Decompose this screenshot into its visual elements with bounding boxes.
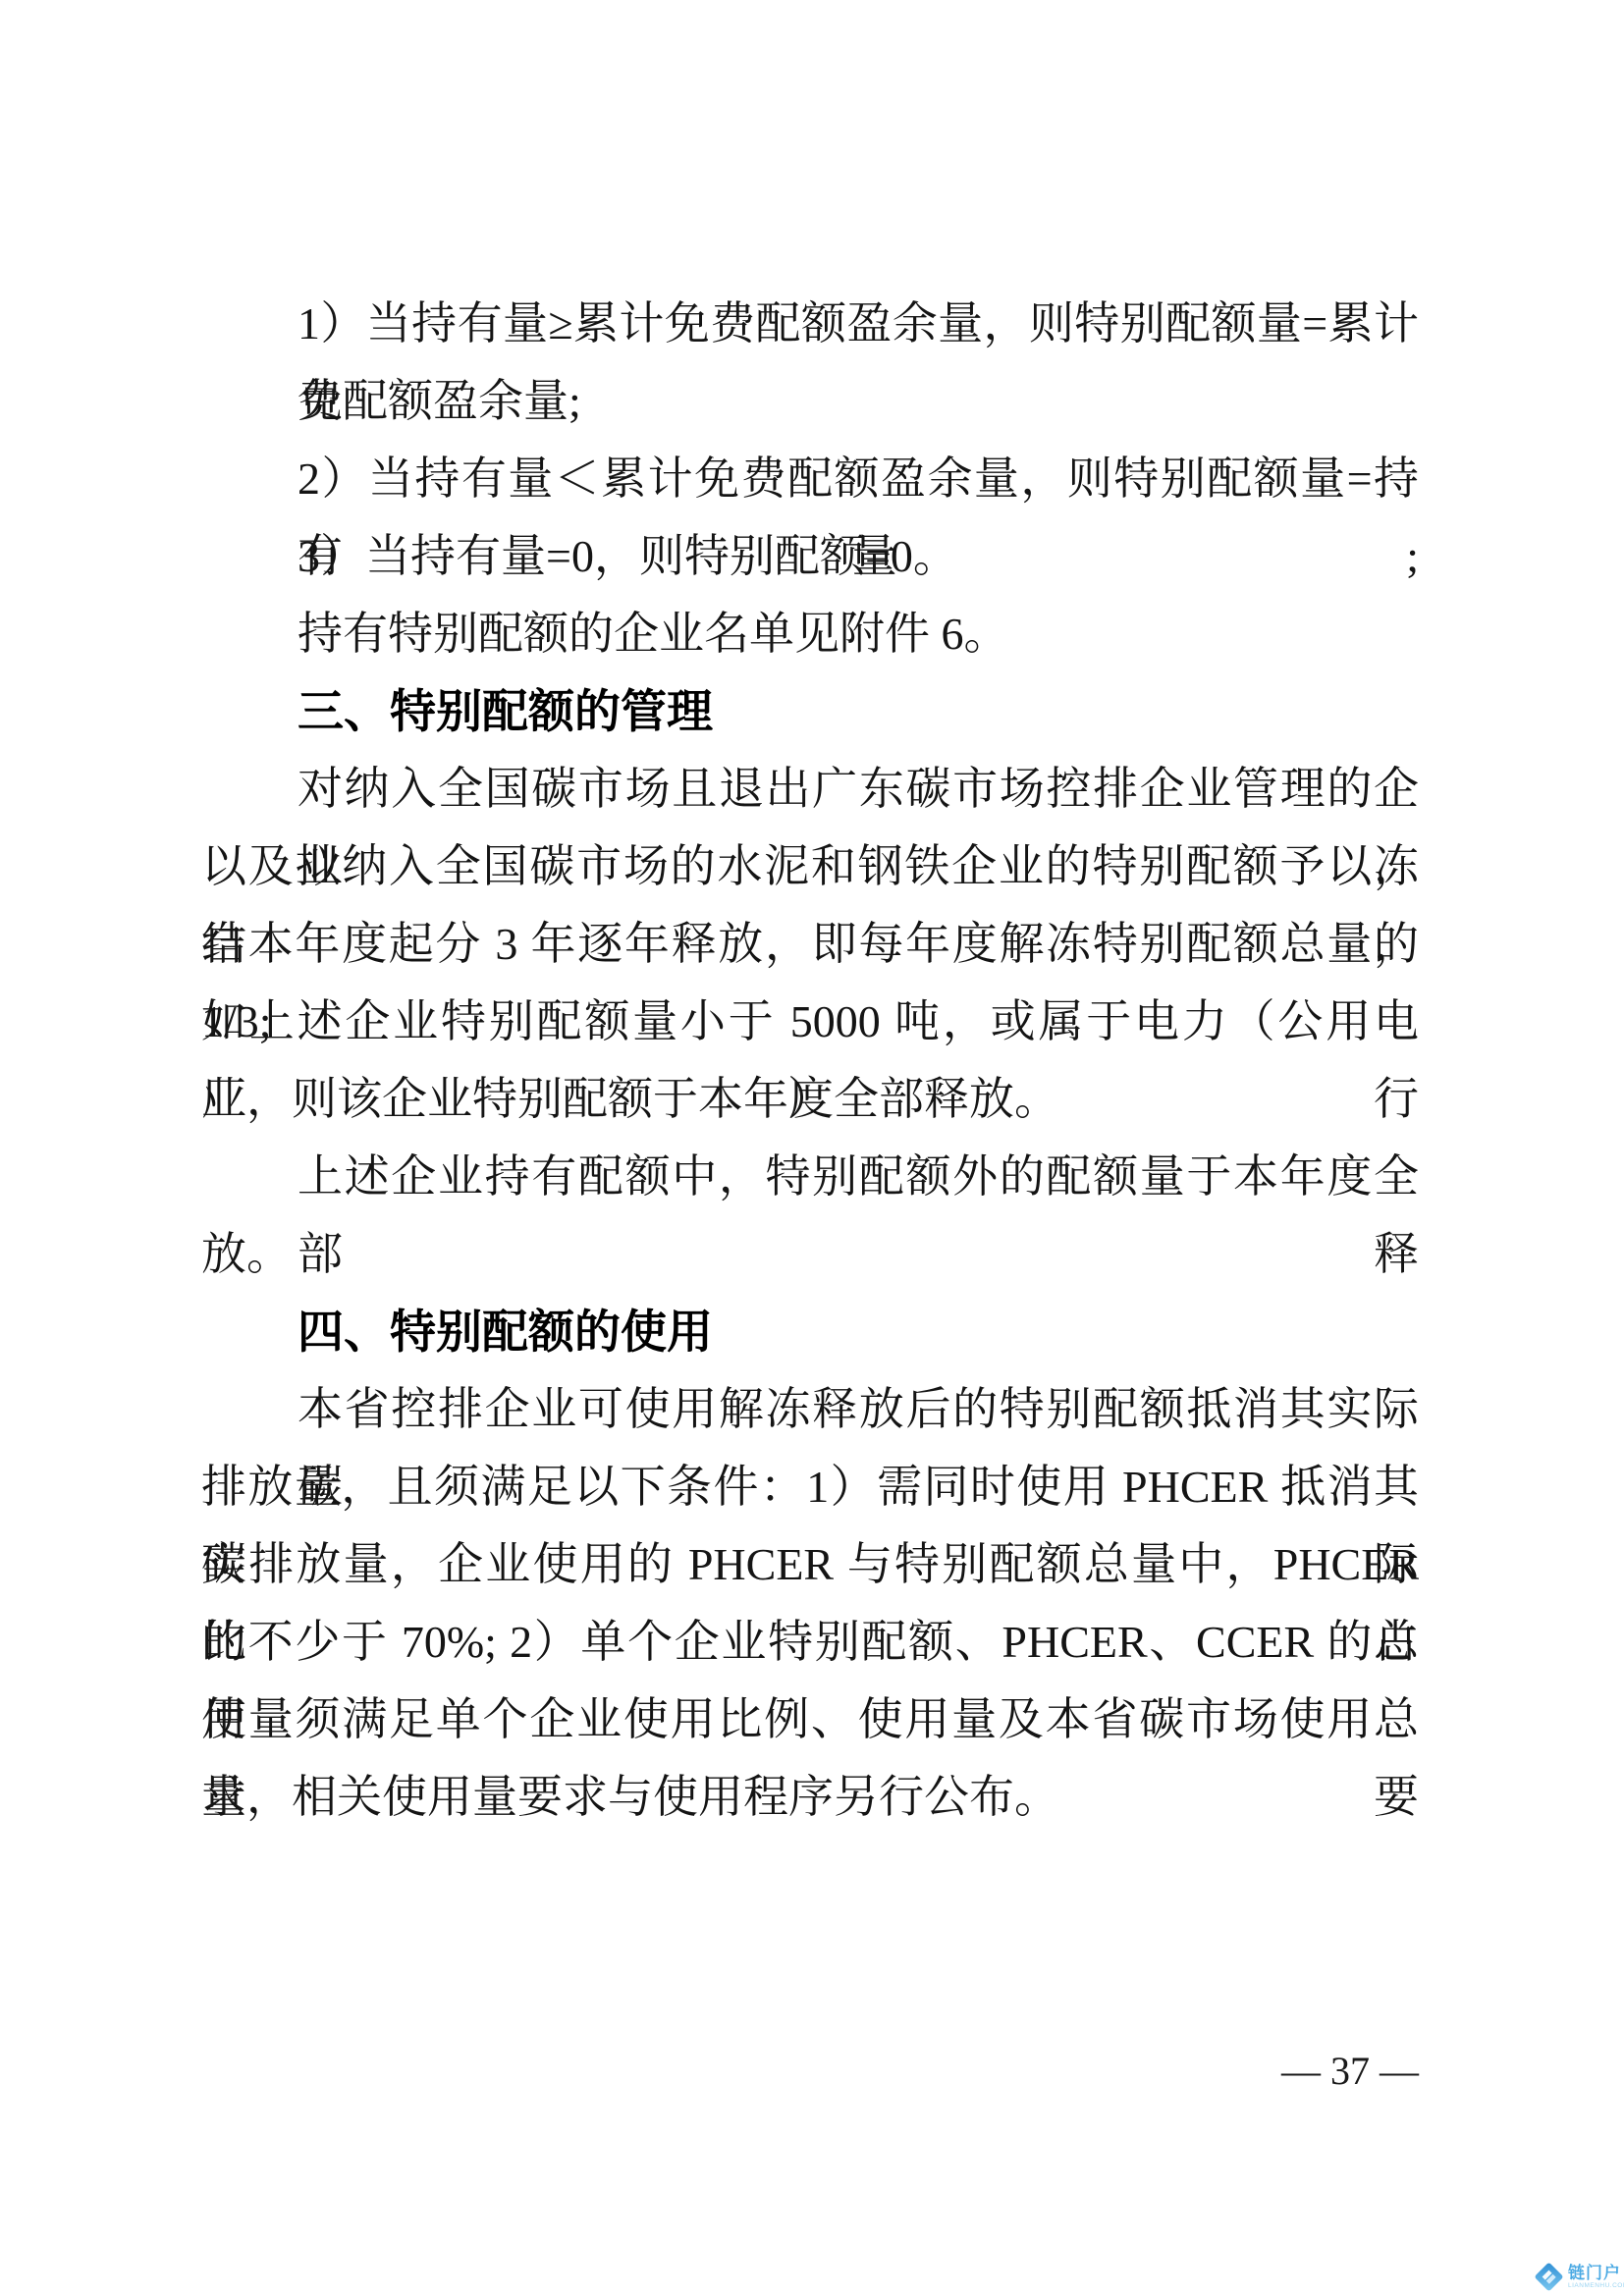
text-line: 2）当持有量＜累计免费配额盈余量，则特别配额量=持有量; <box>201 440 1419 517</box>
page-number: — 37 — <box>1281 2042 1419 2101</box>
diamond-logo-icon <box>1533 2261 1565 2293</box>
text-line: 用量须满足单个企业使用比例、使用量及本省碳市场使用总量要 <box>201 1681 1419 1758</box>
watermark: 链门户 LIANMENHU.COM <box>1533 2258 1623 2295</box>
text-line: 碳排放量，企业使用的 PHCER 与特别配额总量中，PHCER 的占 <box>201 1525 1419 1603</box>
text-line: 对纳入全国碳市场且退出广东碳市场控排企业管理的企业， <box>201 750 1419 828</box>
text-line: 排放量，且须满足以下条件：1）需同时使用 PHCER 抵消其实际 <box>201 1448 1419 1525</box>
document-body: 1）当持有量≥累计免费配额盈余量，则特别配额量=累计免费配额盈余量;2）当持有量… <box>201 285 1419 1836</box>
text-line: 以及拟纳入全国碳市场的水泥和钢铁企业的特别配额予以冻结， <box>201 828 1419 905</box>
watermark-brand: 链门户 <box>1568 2264 1624 2282</box>
text-line: 比不少于 70%; 2）单个企业特别配额、PHCER、CCER 的总使 <box>201 1603 1419 1681</box>
text-line: 自本年度起分 3 年逐年释放，即每年度解冻特别配额总量的 1/3; <box>201 905 1419 983</box>
watermark-text: 链门户 LIANMENHU.COM <box>1568 2264 1624 2290</box>
text-line: 如上述企业特别配额量小于 5000 吨，或属于电力（公用电厂）行 <box>201 983 1419 1060</box>
watermark-domain: LIANMENHU.COM <box>1568 2282 1624 2290</box>
text-line: 上述企业持有配额中，特别配额外的配额量于本年度全部释 <box>201 1138 1419 1215</box>
section-heading: 四、特别配额的使用 <box>201 1293 1419 1370</box>
text-line: 1）当持有量≥累计免费配额盈余量，则特别配额量=累计免 <box>201 285 1419 362</box>
text-line: 持有特别配额的企业名单见附件 6。 <box>201 595 1419 672</box>
document-page: 1）当持有量≥累计免费配额盈余量，则特别配额量=累计免费配额盈余量;2）当持有量… <box>0 0 1624 2296</box>
text-line: 本省控排企业可使用解冻释放后的特别配额抵消其实际碳 <box>201 1370 1419 1448</box>
text-line: 费配额盈余量; <box>201 362 1419 440</box>
section-heading: 三、特别配额的管理 <box>201 672 1419 750</box>
